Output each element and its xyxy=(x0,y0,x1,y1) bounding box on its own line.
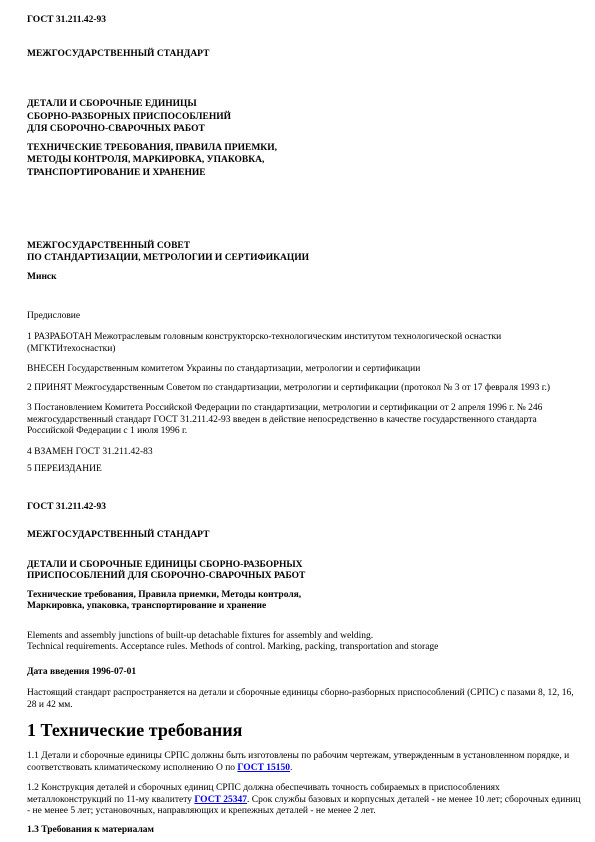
clause-1-1-text-after: . xyxy=(290,763,292,773)
section-1-heading: 1 Технические требования xyxy=(27,719,582,741)
standard-subtitle-line: ТРАНСПОРТИРОВАНИЕ И ХРАНЕНИЕ xyxy=(27,167,582,180)
foreword-item: ВНЕСЕН Государственным комитетом Украины… xyxy=(27,364,582,376)
foreword-item: 1 РАЗРАБОТАН Межотраслевым головным конс… xyxy=(27,332,582,355)
standard-subtitle-line: Технические требования, Правила приемки,… xyxy=(27,590,582,602)
foreword-heading: Предисловие xyxy=(27,311,582,323)
standard-title-line: ПРИСПОСОБЛЕНИЙ ДЛЯ СБОРОЧНО-СВАРОЧНЫХ РА… xyxy=(27,571,582,583)
standard-subtitle-line: ТЕХНИЧЕСКИЕ ТРЕБОВАНИЯ, ПРАВИЛА ПРИЕМКИ, xyxy=(27,142,582,155)
foreword-item: 2 ПРИНЯТ Межгосударственным Советом по с… xyxy=(27,383,582,395)
standard-title: ДЕТАЛИ И СБОРОЧНЫЕ ЕДИНИЦЫ СБОРНО-РАЗБОР… xyxy=(27,98,582,136)
foreword-item: 4 ВЗАМЕН ГОСТ 31.211.42-83 xyxy=(27,447,582,459)
english-title-line: Elements and assembly junctions of built… xyxy=(27,631,582,643)
standard-subtitle: Технические требования, Правила приемки,… xyxy=(27,590,582,613)
english-title-line: Technical requirements. Acceptance rules… xyxy=(27,642,582,654)
english-title: Elements and assembly junctions of built… xyxy=(27,631,582,654)
foreword-item: 5 ПЕРЕИЗДАНИЕ xyxy=(27,464,582,476)
gost-15150-link[interactable]: ГОСТ 15150 xyxy=(237,763,290,773)
doc-number: ГОСТ 31.211.42-93 xyxy=(27,15,582,27)
standard-title-line: ДЛЯ СБОРОЧНО-СВАРОЧНЫХ РАБОТ xyxy=(27,123,582,136)
standard-subtitle-line: Маркировка, упаковка, транспортирование … xyxy=(27,601,582,613)
standard-subtitle-line: МЕТОДЫ КОНТРОЛЯ, МАРКИРОВКА, УПАКОВКА, xyxy=(27,154,582,167)
gost-25347-link[interactable]: ГОСТ 25347 xyxy=(194,795,247,805)
standard-subtitle: ТЕХНИЧЕСКИЕ ТРЕБОВАНИЯ, ПРАВИЛА ПРИЕМКИ,… xyxy=(27,142,582,180)
council-line: ПО СТАНДАРТИЗАЦИИ, МЕТРОЛОГИИ И СЕРТИФИК… xyxy=(27,253,582,265)
clause-1-1-text: 1.1 Детали и сборочные единицы СРПС долж… xyxy=(27,751,569,773)
document-page: ГОСТ 31.211.42-93 МЕЖГОСУДАРСТВЕННЫЙ СТА… xyxy=(0,0,595,842)
standard-title: ДЕТАЛИ И СБОРОЧНЫЕ ЕДИНИЦЫ СБОРНО-РАЗБОР… xyxy=(27,560,582,583)
clause-1-1: 1.1 Детали и сборочные единицы СРПС долж… xyxy=(27,751,582,774)
clause-1-3-heading: 1.3 Требования к материалам xyxy=(27,825,582,837)
standard-kind-label: МЕЖГОСУДАРСТВЕННЫЙ СТАНДАРТ xyxy=(27,530,582,542)
scope-paragraph: Настоящий стандарт распространяется на д… xyxy=(27,688,582,711)
clause-1-2: 1.2 Конструкция деталей и сборочных един… xyxy=(27,783,582,818)
council-line: МЕЖГОСУДАРСТВЕННЫЙ СОВЕТ xyxy=(27,241,582,253)
standard-title-line: СБОРНО-РАЗБОРНЫХ ПРИСПОСОБЛЕНИЙ xyxy=(27,111,582,124)
effective-date: Дата введения 1996-07-01 xyxy=(27,667,582,679)
council-block: МЕЖГОСУДАРСТВЕННЫЙ СОВЕТ ПО СТАНДАРТИЗАЦ… xyxy=(27,241,582,264)
council-city: Минск xyxy=(27,272,582,284)
foreword-item: 3 Постановлением Комитета Российской Фед… xyxy=(27,403,582,438)
standard-title-line: ДЕТАЛИ И СБОРОЧНЫЕ ЕДИНИЦЫ СБОРНО-РАЗБОР… xyxy=(27,560,582,572)
standard-kind-label: МЕЖГОСУДАРСТВЕННЫЙ СТАНДАРТ xyxy=(27,49,582,61)
standard-title-line: ДЕТАЛИ И СБОРОЧНЫЕ ЕДИНИЦЫ xyxy=(27,98,582,111)
doc-number: ГОСТ 31.211.42-93 xyxy=(27,502,582,514)
